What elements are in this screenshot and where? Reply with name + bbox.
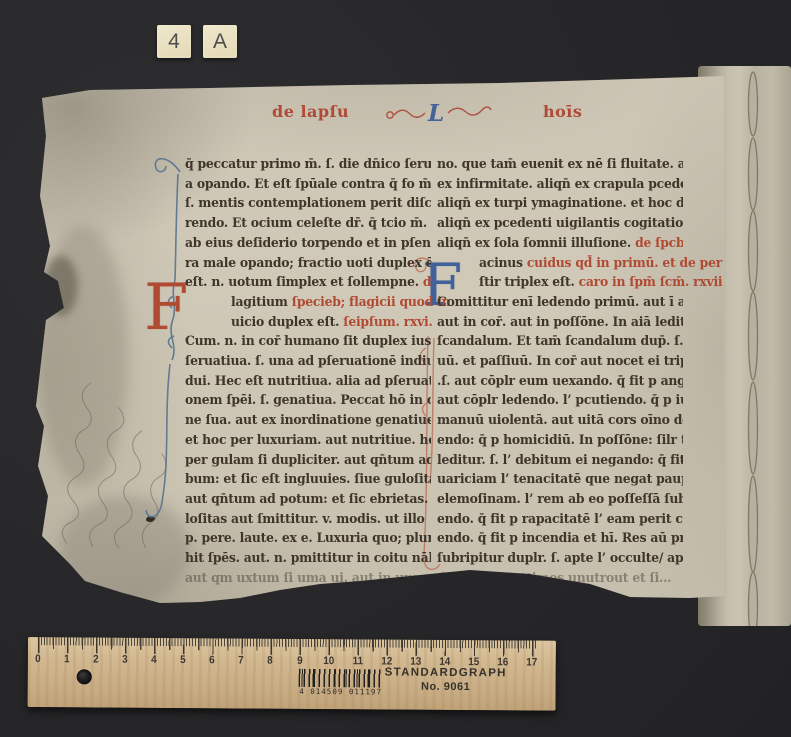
body-text: aut in cor̄. aut in poſſōne. In aiā ledi… [437, 313, 683, 329]
manuscript-text-line: no. que tam̄ euenit ex nē ſi fluitate. a… [437, 156, 683, 176]
body-text: a opando. Et eſt ſpūale contra q̄ fo m̄ [185, 175, 431, 191]
manuscript-text-line: q̄ peccatur primo m̄. ſ. die dn̄ico ſeru… [185, 156, 431, 176]
manuscript-text-line: et hoc per luxuriam. aut nutritiue. hoc [185, 431, 431, 451]
body-text: endo: q̄ p homicidiū. In poſſōne: ſilr t… [437, 431, 683, 447]
running-title-left: de lapſu [272, 102, 349, 121]
body-text: uū. et paſſiuū. In cor̄ aut nocet ei tri… [437, 353, 683, 369]
manuscript-text-line: ne ſua. aut ex inordinatione genatiue [185, 412, 431, 432]
manuscript-text-line: rendo. Et ocium celeſte dr̄. q̄ tcio m̄.… [185, 215, 431, 235]
body-text: endo. q̄ fit p rapacitatē l’ eam perit c… [437, 510, 683, 526]
rubric-text: caro in ſpm̄ ſcm̄. rxvii [579, 274, 723, 290]
body-text: uicio duplex eſt. [231, 313, 343, 329]
body-text: ſtir triplex eſt. [479, 274, 579, 290]
body-text: no. que tam̄ euenit ex nē ſi fluitate. a… [437, 156, 683, 172]
body-text: ſubripitur duplr. ſ. apte l’ occulte/ ap… [437, 550, 683, 566]
body-text: aut qm uxtum ſi uma ui. aut in uxore [185, 569, 431, 585]
manuscript-text-line: Comittitur enī ledendo primū. aut ī aiā. [437, 294, 683, 314]
manuscript-text-line: ſeruatiua. ſ. una ad pſeruationē indiui [185, 353, 431, 373]
manuscript-text-line: uū. et paſſiuū. In cor̄ aut nocet ei tri… [437, 353, 683, 373]
manuscript-text-line: per gulam ſi dupliciter. aut qn̄tum ad c… [185, 451, 431, 471]
body-text: rendo. Et ocium celeſte dr̄. q̄ tcio m̄.… [185, 215, 431, 231]
body-text: aut qn̄tum ad potum: et ſic ebrietas. Gu [185, 491, 431, 507]
body-text: bum: et ſic eſt ingluuies. ſiue guloſita… [185, 471, 431, 487]
running-title-right: hoīs [543, 102, 582, 121]
manuscript-text-line: ſcandalum. Et tam̄ ſcandalum dup̄. ſ. ac… [437, 333, 683, 353]
manuscript-text-line: duple l’ uo uttimos unutrout et ſi... [437, 569, 683, 589]
manuscript-text-line: ab eius deſiderio torpendo et in pſenti … [185, 234, 431, 254]
body-text: ra male opando; fractio uoti duplex ē. [185, 254, 431, 270]
ruler-hanging-hole [77, 669, 92, 684]
manuscript-text-line: .ſ. aut cōplr eum uexando. q̄ fit p anga… [437, 372, 683, 392]
body-text: endo. q̄ fit p incendia et hī. Res aū pr… [437, 530, 683, 546]
manuscript-text-line: leditur. ſ. l’ debitum ei negando: q̄ fi… [437, 451, 683, 471]
rubric-text: cuidus qd̄ in primū. et de per [527, 254, 722, 270]
manuscript-text-line: p. pere. laute. ex e. Luxuria quo; plure… [185, 530, 431, 550]
ruler-cm-ticks [38, 637, 538, 656]
manuscript-text-line: aliqn̄ ex pcedenti uigilantis cogitation… [437, 215, 683, 235]
ruler-model-number: No. 9061 [365, 680, 527, 693]
body-text: ex infirmitate. aliqn̄ ex crapula pceden… [437, 175, 683, 191]
decorated-initial-red-F: F [144, 276, 188, 340]
torn-edge-shadow [44, 256, 78, 316]
photograph-stage: 4 A de la [0, 0, 791, 737]
manuscript-text-line: Cum. n. in cor̄ humano ſit duplex ius cō [185, 333, 431, 353]
manuscript-text-line: aliqn̄ ex turpi ymaginatione. et hoc dup… [437, 195, 683, 215]
manuscript-text-line: bum: et ſic eſt ingluuies. ſiue guloſita… [185, 471, 431, 491]
folio-letter: A [213, 30, 227, 54]
body-text: p. pere. laute. ex e. Luxuria quo; plure… [185, 530, 431, 546]
manuscript-text-line: onem ſpēi. ſ. genatiua. Peccat hō in car [185, 392, 431, 412]
rubric-text: ſpecieb; flagicii quod in [292, 294, 451, 310]
ruler-cm-number: 3 [116, 654, 134, 666]
body-text: et hoc per luxuriam. aut nutritiue. hoc [185, 431, 431, 447]
manuscript-text-line: ſubripitur duplr. ſ. apte l’ occulte/ ap… [437, 550, 683, 570]
manuscript-text-line: loſitas aut ſmittitur. v. modis. ut illo [185, 510, 431, 530]
manuscript-text-line: uariciam l’ tenacitatē que negat paupi [437, 471, 683, 491]
body-text: ſcandalum. Et tam̄ ſcandalum dup̄. ſ. ac… [437, 333, 683, 349]
title-ornament: L [382, 98, 492, 130]
ruler-cm-number: 2 [87, 653, 105, 665]
body-text: .ſ. aut cōplr eum uexando. q̄ fit p anga… [437, 372, 683, 388]
body-text: eſt. n. uotum ſimplex et ſollempne. [185, 274, 423, 290]
ruler-cm-number: 6 [203, 654, 221, 666]
rubric-text: de [423, 274, 431, 290]
manuscript-text-line: ſtir triplex eſt. caro in ſpm̄ ſcm̄. rxv… [437, 274, 725, 294]
quire-mark-glyph: L [428, 100, 444, 127]
body-text: aut cōplr ledendo. l’ pcutiendo. q̄ p iu… [437, 392, 683, 408]
body-text: duple l’ uo uttimos unutrout et ſi... [437, 569, 671, 585]
body-text: aliqn̄ ex turpi ymaginatione. et hoc dup… [437, 195, 683, 211]
body-text: acinus [479, 254, 527, 270]
manuscript-text-line: endo. q̄ fit p incendia et hī. Res aū pr… [437, 530, 683, 550]
manuscript-text-line: aut cōplr ledendo. l’ pcutiendo. q̄ p iu… [437, 392, 683, 412]
ruler-cm-number: 5 [174, 654, 192, 666]
manuscript-text-line: uicio duplex eſt. ſeipſum. rxvi. [185, 313, 477, 333]
rubric-text: ſeipſum. rxvi. [343, 313, 432, 329]
manuscript-text-line: endo. q̄ fit p rapacitatē l’ eam perit c… [437, 510, 683, 530]
manuscript-text-line: acinus cuidus qd̄ in primū. et de per [437, 254, 725, 274]
manuscript-text-line: aliqn̄ ex ſola ſomnii illuſione. de ſpcb… [437, 234, 683, 254]
manuscript-text-line: aut qn̄tum ad potum: et ſic ebrietas. Gu [185, 491, 431, 511]
body-text: ne ſua. aut ex inordinatione genatiue [185, 412, 431, 428]
rubric-text: de ſpcb; fla [635, 234, 683, 250]
body-text: per gulam ſi dupliciter. aut qn̄tum ad c… [185, 451, 431, 467]
body-text: Comittitur enī ledendo primū. aut ī aiā. [437, 294, 683, 310]
body-text: uariciam l’ tenacitatē que negat paupi [437, 471, 683, 487]
body-text: elemoſinam. l’ rem ab eo poſſeſſā ſubtr. [437, 491, 683, 507]
manuscript-text-line: hit ſpēs. aut. n. pmittitur in coitu nāl… [185, 550, 431, 570]
ruler-brand-name: STANDARDGRAPH [365, 666, 527, 679]
manuscript-text-line: eſt. n. uotum ſimplex et ſollempne. de [185, 274, 431, 294]
manuscript-text-line: ſ. mentis contemplationem perit diſce [185, 195, 431, 215]
body-text: ſ. mentis contemplationem perit diſce [185, 195, 431, 211]
ruler-cm-number: 8 [261, 655, 279, 667]
body-text: dui. Hec eſt nutritiua. alia ad pſeruati [185, 372, 431, 388]
ruler-cm-number: 10 [319, 655, 337, 667]
ruler: 01234567891011121314151617 4 014509 0111… [28, 637, 556, 711]
body-text: Cum. n. in cor̄ humano ſit duplex ius cō [185, 333, 431, 349]
manuscript-text-line: manuū uiolentā. aut uitā cors oīno deſt [437, 412, 683, 432]
manuscript-text-line: ra male opando; fractio uoti duplex ē. [185, 254, 431, 274]
body-text: q̄ peccatur primo m̄. ſ. die dn̄ico ſeru… [185, 156, 431, 172]
body-text: ſeruatiua. ſ. una ad pſeruationē indiui [185, 353, 431, 369]
body-text: loſitas aut ſmittitur. v. modis. ut illo [185, 510, 425, 526]
manuscript-text-line: lagitium ſpecieb; flagicii quod in [185, 294, 477, 314]
body-text: manuū uiolentā. aut uitā cors oīno deſt [437, 412, 683, 428]
body-text: hit ſpēs. aut. n. pmittitur in coitu nāl… [185, 550, 431, 566]
manuscript-leaf: de lapſu L hoīs [30, 76, 724, 612]
folio-number-tile: 4 [157, 25, 191, 58]
manuscript-text-line: aut qm uxtum ſi uma ui. aut in uxore [185, 569, 431, 589]
body-text: onem ſpēi. ſ. genatiua. Peccat hō in car [185, 392, 431, 408]
manuscript-text-line: aut in cor̄. aut in poſſōne. In aiā ledi… [437, 313, 683, 333]
body-text: leditur. ſ. l’ debitum ei negando: q̄ fi… [437, 451, 683, 467]
folio-number: 4 [168, 30, 180, 54]
ruler-brand-block: STANDARDGRAPH No. 9061 [365, 666, 527, 693]
folio-letter-tile: A [203, 25, 237, 58]
manuscript-text-line: elemoſinam. l’ rem ab eo poſſeſſā ſubtr. [437, 491, 683, 511]
body-text: aliqn̄ ex pcedenti uigilantis cogitation… [437, 215, 683, 231]
ruler-cm-number: 4 [145, 654, 163, 666]
manuscript-text-line: a opando. Et eſt ſpūale contra q̄ fo m̄ [185, 175, 431, 195]
ruler-cm-number: 1 [58, 653, 76, 665]
manuscript-text-line: endo: q̄ p homicidiū. In poſſōne: ſilr t… [437, 431, 683, 451]
body-text: ab eius deſiderio torpendo et in pſenti … [185, 234, 431, 250]
manuscript-text-line: ex infirmitate. aliqn̄ ex crapula pceden… [437, 175, 683, 195]
ruler-cm-number: 9 [290, 655, 308, 667]
ruler-cm-number: 0 [29, 653, 47, 665]
ruler-cm-number: 7 [232, 654, 250, 666]
body-text: aliqn̄ ex ſola ſomnii illuſione. [437, 234, 635, 250]
manuscript-text-line: dui. Hec eſt nutritiua. alia ad pſeruati [185, 372, 431, 392]
body-text: lagitium [231, 294, 292, 310]
